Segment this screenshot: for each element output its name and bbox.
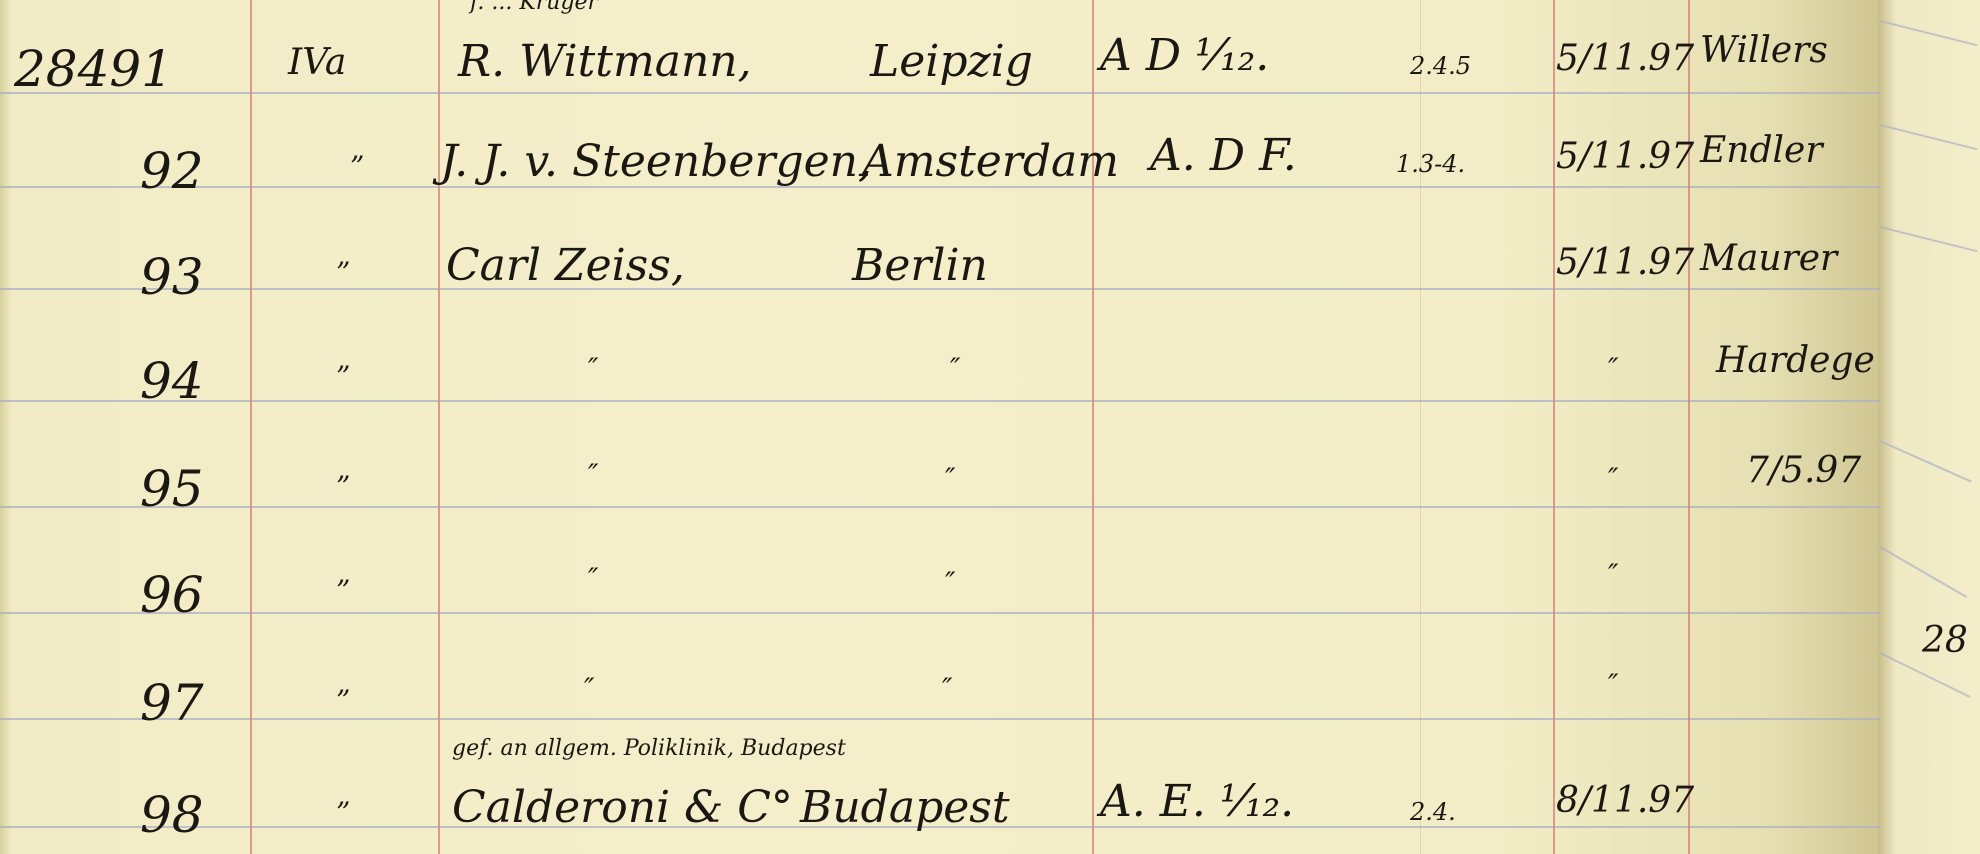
- entry-eyepieces: 1.3-4.: [1396, 150, 1465, 178]
- column-divider: [250, 0, 252, 854]
- entry-customer: Calderoni & C°: [452, 782, 793, 833]
- entry-date: 8/11.97: [1556, 780, 1694, 821]
- entry-number: 28491: [14, 40, 173, 98]
- entry-city: ″: [942, 672, 952, 705]
- entry-date: ″: [1608, 668, 1618, 701]
- ledger-page: [0, 0, 1880, 854]
- column-divider: [1688, 0, 1690, 854]
- row-rule: [0, 612, 1880, 614]
- entry-customer: ″: [584, 672, 594, 705]
- entry-city: ″: [945, 566, 955, 599]
- entry-customer: ″: [588, 562, 598, 595]
- entry-date: ″: [1608, 352, 1618, 385]
- entry-model: ”: [336, 360, 350, 393]
- entry-checked-by: Hardege: [1716, 340, 1875, 381]
- top-note: f. ... Krüger: [470, 0, 598, 15]
- row-rule: [0, 718, 1880, 720]
- entry-date: 5/11.97: [1556, 38, 1694, 79]
- entry-city: ″: [950, 352, 960, 385]
- entry-number: 96: [140, 566, 204, 624]
- entry-checked-by: 7/5.97: [1746, 450, 1861, 491]
- entry-checked-by: Endler: [1700, 130, 1823, 171]
- column-divider: [438, 0, 440, 854]
- entry-model: ”: [336, 574, 350, 607]
- column-divider: [1420, 0, 1421, 854]
- entry-number: 92: [140, 142, 204, 200]
- entry-model: ”: [336, 684, 350, 717]
- entry-customer: ″: [588, 352, 598, 385]
- entry-city: Budapest: [800, 782, 1010, 833]
- entry-model: ”: [336, 470, 350, 503]
- entry-model: ”: [336, 796, 350, 829]
- entry-customer: J. J. v. Steenbergen,: [440, 136, 872, 187]
- row-rule: [0, 92, 1880, 94]
- next-page-number: 28: [1922, 620, 1968, 661]
- entry-number: 93: [140, 248, 204, 306]
- entry-number: 94: [140, 352, 204, 410]
- entry-objectives: A. E. ¹⁄₁₂.: [1100, 776, 1294, 827]
- entry-note: gef. an allgem. Poliklinik, Budapest: [452, 736, 846, 761]
- entry-objectives: A D ¹⁄₁₂.: [1100, 30, 1269, 81]
- entry-date: ″: [1608, 558, 1618, 591]
- entry-number: 98: [140, 786, 204, 844]
- entry-customer: ″: [588, 458, 598, 491]
- entry-model: ”: [350, 150, 364, 183]
- entry-number: 97: [140, 674, 204, 732]
- entry-date: 5/11.97: [1556, 136, 1694, 177]
- entry-number: 95: [140, 460, 204, 518]
- entry-checked-by: Maurer: [1700, 238, 1837, 279]
- entry-date: ″: [1608, 462, 1618, 495]
- entry-customer: R. Wittmann,: [458, 36, 752, 87]
- entry-city: ″: [945, 462, 955, 495]
- entry-objectives: A. D F.: [1150, 130, 1297, 181]
- column-divider: [1092, 0, 1094, 854]
- entry-date: 5/11.97: [1556, 242, 1694, 283]
- entry-checked-by: Willers: [1700, 30, 1828, 71]
- row-rule: [0, 400, 1880, 402]
- entry-city: Amsterdam: [862, 136, 1119, 187]
- entry-customer: Carl Zeiss,: [446, 240, 685, 291]
- entry-model: IVa: [288, 42, 346, 83]
- entry-model: ”: [336, 256, 350, 289]
- column-divider: [1553, 0, 1555, 854]
- entry-city: Leipzig: [870, 36, 1033, 87]
- entry-eyepieces: 2.4.5: [1410, 52, 1471, 80]
- entry-city: Berlin: [852, 240, 988, 291]
- row-rule: [0, 506, 1880, 508]
- entry-eyepieces: 2.4.: [1410, 798, 1456, 826]
